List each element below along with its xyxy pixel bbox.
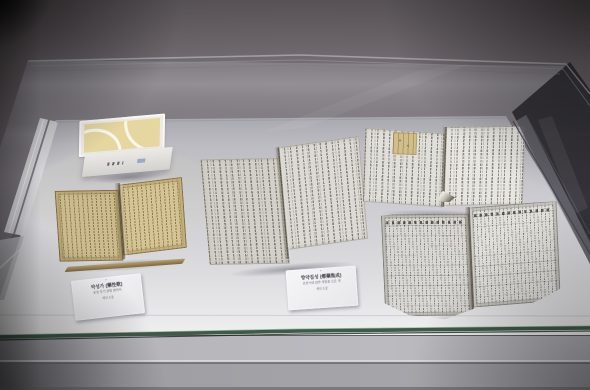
case-base-band-lower	[0, 364, 590, 387]
label-sub: 개인 소장	[102, 296, 114, 301]
archival-box	[78, 113, 175, 181]
woodblock-printed-book	[52, 176, 190, 269]
label-badge: ▪	[320, 270, 321, 273]
box-front-label-marks	[107, 161, 123, 165]
printed-page-right	[469, 201, 561, 308]
box-lid-pattern	[84, 118, 160, 153]
label-card-left: ▪ 약성가 (藥性歌) 조선 후기 한방 의약서 개인 소장	[71, 273, 145, 321]
box-front-tag	[137, 158, 146, 163]
label-badge: ▪	[106, 279, 107, 282]
center-manuscript	[200, 138, 370, 275]
right-manuscript	[362, 122, 527, 218]
seal-patch	[393, 132, 418, 155]
printed-header-row	[386, 221, 464, 225]
book-page-left	[55, 190, 124, 262]
label-sub: 개인 소장	[316, 287, 328, 291]
printed-header-row	[474, 208, 552, 217]
booklet-page-right	[443, 126, 526, 206]
label-card-center: ▪ 향약집성 (鄕藥集成) 조선시대 의약 처방을 모은 책 개인 소장	[286, 266, 359, 311]
manuscript-page-right	[278, 136, 368, 250]
museum-display-photo: ▪ 약성가 (藥性歌) 조선 후기 한방 의약서 개인 소장 ▪ 향약집성 (鄕…	[0, 0, 590, 390]
printed-page-left	[381, 214, 473, 317]
case-base-band-upper	[0, 336, 590, 362]
book-page-right	[118, 177, 187, 256]
